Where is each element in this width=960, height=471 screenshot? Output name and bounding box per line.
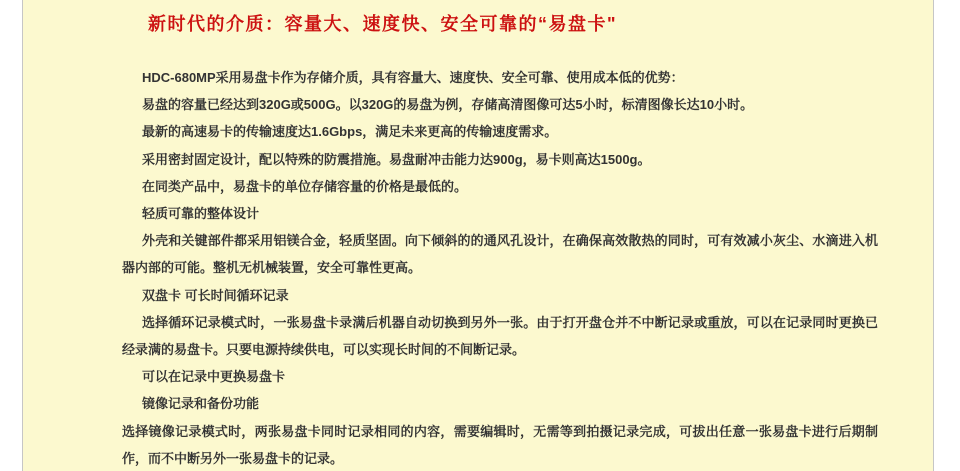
paragraph-list: HDC-680MP采用易盘卡作为存储介质，具有容量大、速度快、安全可靠、使用成本… (122, 64, 878, 471)
paragraph: 可以在记录中更换易盘卡 (122, 363, 878, 390)
paragraph: 易盘的容量已经达到320G或500G。以320G的易盘为例，存储高清图像可达5小… (122, 91, 878, 118)
article: 新时代的介质：容量大、速度快、安全可靠的“易盘卡" HDC-680MP采用易盘卡… (122, 0, 878, 471)
paragraph: 外壳和关键部件都采用铝镁合金，轻质坚固。向下倾斜的的通风孔设计，在确保高效散热的… (122, 227, 878, 281)
paragraph: 镜像记录和备份功能 (122, 390, 878, 417)
paragraph: 最新的高速易卡的传输速度达1.6Gbps，满足未来更高的传输速度需求。 (122, 118, 878, 145)
paragraph: HDC-680MP采用易盘卡作为存储介质，具有容量大、速度快、安全可靠、使用成本… (122, 64, 878, 91)
paragraph: 采用密封固定设计，配以特殊的防震措施。易盘耐冲击能力达900g，易卡则高达150… (122, 146, 878, 173)
content-panel: 新时代的介质：容量大、速度快、安全可靠的“易盘卡" HDC-680MP采用易盘卡… (22, 0, 934, 471)
paragraph: 双盘卡 可长时间循环记录 (122, 282, 878, 309)
paragraph: 选择镜像记录模式时，两张易盘卡同时记录相同的内容，需要编辑时，无需等到拍摄记录完… (122, 418, 878, 471)
paragraph: 在同类产品中，易盘卡的单位存储容量的价格是最低的。 (122, 173, 878, 200)
paragraph: 选择循环记录模式时，一张易盘卡录满后机器自动切换到另外一张。由于打开盘仓并不中断… (122, 309, 878, 363)
article-title: 新时代的介质：容量大、速度快、安全可靠的“易盘卡" (148, 12, 878, 36)
paragraph: 轻质可靠的整体设计 (122, 200, 878, 227)
